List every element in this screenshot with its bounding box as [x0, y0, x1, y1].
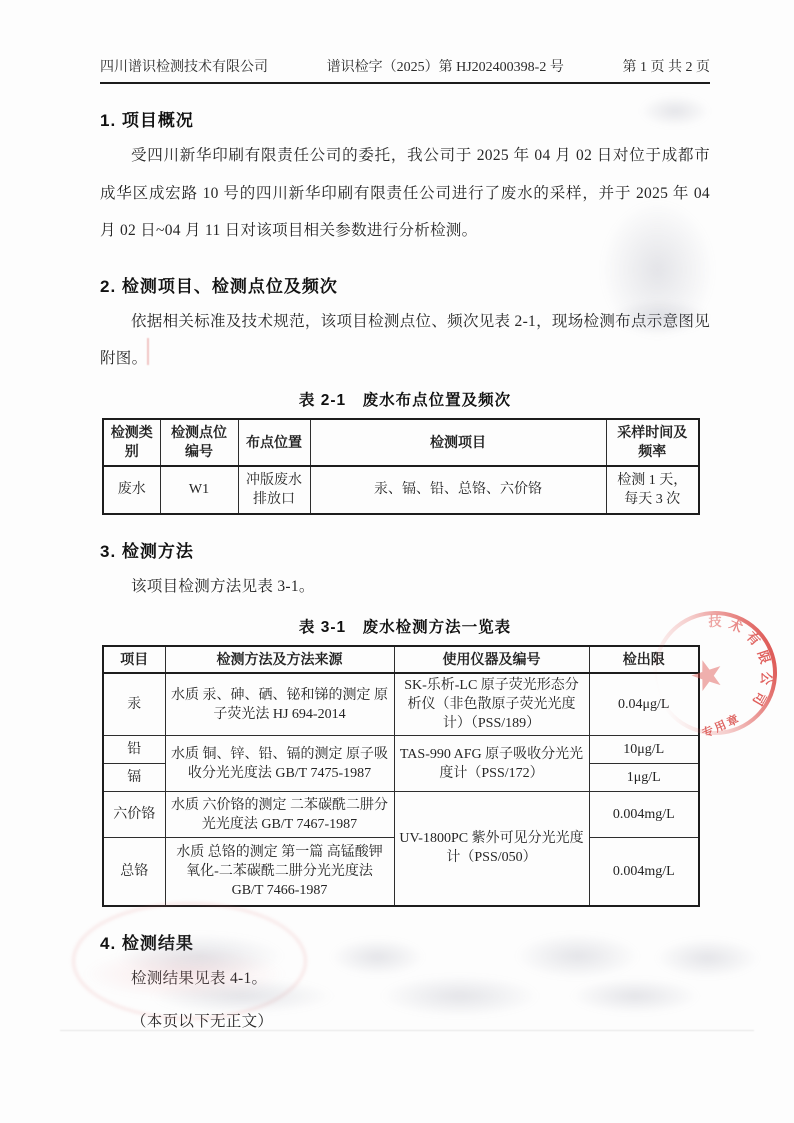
table31-header-row: 项目 检测方法及方法来源 使用仪器及编号 检出限	[103, 646, 699, 673]
cell-instrument-shared: TAS-990 AFG 原子吸收分光光度计（PSS/172）	[394, 736, 589, 792]
table21-header-location: 布点位置	[238, 419, 310, 466]
cell-limit: 0.004mg/L	[589, 792, 699, 838]
cell-item: 汞	[103, 673, 165, 736]
section3-title: 3. 检测方法	[100, 537, 710, 562]
section1-paragraph: 受四川新华印刷有限责任公司的委托，我公司于 2025 年 04 月 02 日对位…	[100, 137, 710, 250]
section1-title: 1. 项目概况	[100, 106, 710, 131]
cell-item: 六价铬	[103, 792, 165, 838]
cell-method: 水质 六价铬的测定 二苯碳酰二肼分光光度法 GB/T 7467-1987	[165, 792, 394, 838]
table21-caption: 表 2-1 废水布点位置及频次	[100, 388, 710, 410]
header-doc-number: 谱识检字（2025）第 HJ202400398-2 号	[327, 56, 564, 76]
header-company-name: 四川谱识检测技术有限公司	[100, 56, 268, 76]
cell-method-shared: 水质 铜、锌、铅、镉的测定 原子吸收分光光度法 GB/T 7475-1987	[165, 736, 394, 792]
cell-limit: 0.004mg/L	[589, 838, 699, 906]
cell-limit: 0.04μg/L	[589, 673, 699, 736]
table21-header-point-code: 检测点位编号	[160, 419, 238, 466]
table-2-1: 检测类别 检测点位编号 布点位置 检测项目 采样时间及频率 废水 W1 冲版废水…	[102, 418, 700, 515]
section2-paragraph: 依据相关标准及技术规范，该项目检测点位、频次见表 2-1，现场检测布点示意图见附…	[100, 303, 710, 378]
table21-header-items: 检测项目	[310, 419, 606, 466]
cell-point-code: W1	[160, 466, 238, 514]
cell-item: 总铬	[103, 838, 165, 906]
cell-item: 镉	[103, 764, 165, 792]
table31-header-item: 项目	[103, 646, 165, 673]
cell-item: 铅	[103, 736, 165, 764]
table31-header-instrument: 使用仪器及编号	[394, 646, 589, 673]
cell-instrument-shared: UV-1800PC 紫外可见分光光度计（PSS/050）	[394, 792, 589, 906]
end-of-text-note: （本页以下无正文）	[100, 1003, 710, 1041]
table-row: 废水 W1 冲版废水排放口 汞、镉、铅、总铬、六价铬 检测 1 天，每天 3 次	[103, 466, 699, 514]
scan-edge-artifact	[60, 1030, 754, 1031]
table31-header-method: 检测方法及方法来源	[165, 646, 394, 673]
cell-limit: 10μg/L	[589, 736, 699, 764]
header-page-number: 第 1 页 共 2 页	[622, 56, 710, 76]
cell-instrument: SK-乐析-LC 原子荧光形态分析仪（非色散原子荧光光度计）（PSS/189）	[394, 673, 589, 736]
table-row-lead: 铅 水质 铜、锌、铅、镉的测定 原子吸收分光光度法 GB/T 7475-1987…	[103, 736, 699, 764]
cell-location: 冲版废水排放口	[238, 466, 310, 514]
table21-header-row: 检测类别 检测点位编号 布点位置 检测项目 采样时间及频率	[103, 419, 699, 466]
table-3-1: 项目 检测方法及方法来源 使用仪器及编号 检出限 汞 水质 汞、砷、硒、铋和锑的…	[102, 645, 700, 907]
cell-items: 汞、镉、铅、总铬、六价铬	[310, 466, 606, 514]
section4-title: 4. 检测结果	[100, 929, 710, 954]
cell-frequency: 检测 1 天，每天 3 次	[606, 466, 699, 514]
table-row-chromium6: 六价铬 水质 六价铬的测定 二苯碳酰二肼分光光度法 GB/T 7467-1987…	[103, 792, 699, 838]
table21-header-frequency: 采样时间及频率	[606, 419, 699, 466]
cell-category: 废水	[103, 466, 160, 514]
cell-limit: 1μg/L	[589, 764, 699, 792]
table31-header-limit: 检出限	[589, 646, 699, 673]
section3-paragraph: 该项目检测方法见表 3-1。	[100, 568, 710, 606]
section2-title: 2. 检测项目、检测点位及频次	[100, 272, 710, 297]
table31-caption: 表 3-1 废水检测方法一览表	[100, 615, 710, 637]
table-row-mercury: 汞 水质 汞、砷、硒、铋和锑的测定 原子荧光法 HJ 694-2014 SK-乐…	[103, 673, 699, 736]
running-header: 四川谱识检测技术有限公司 谱识检字（2025）第 HJ202400398-2 号…	[100, 56, 710, 84]
report-page: 四川谱识检测技术有限公司 谱识检字（2025）第 HJ202400398-2 号…	[0, 0, 794, 1123]
cell-method: 水质 汞、砷、硒、铋和锑的测定 原子荧光法 HJ 694-2014	[165, 673, 394, 736]
page-content: 四川谱识检测技术有限公司 谱识检字（2025）第 HJ202400398-2 号…	[0, 0, 794, 1041]
cell-method: 水质 总铬的测定 第一篇 高锰酸钾氧化-二苯碳酰二肼分光光度法 GB/T 746…	[165, 838, 394, 906]
table21-header-category: 检测类别	[103, 419, 160, 466]
section4-paragraph: 检测结果见表 4-1。	[100, 960, 710, 998]
